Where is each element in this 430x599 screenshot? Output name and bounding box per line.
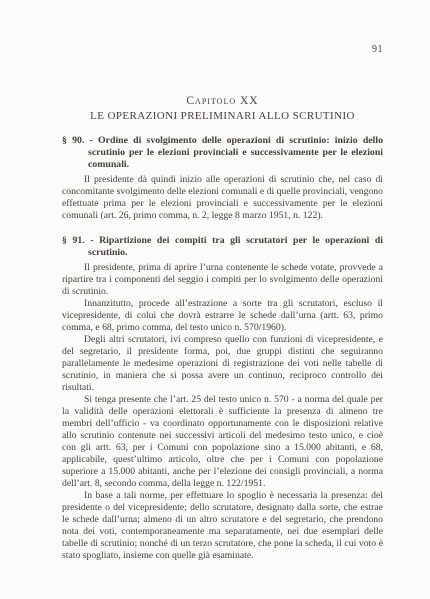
paragraph: Il presidente dà quindi inizio alle oper… [62, 174, 383, 222]
paragraph: In base a tali norme, per effettuare lo … [62, 490, 383, 562]
section-90: § 90. - Ordine di svolgimento delle oper… [62, 135, 383, 222]
page-number: 91 [62, 44, 383, 55]
section-91-heading: § 91. - Ripartizione dei compiti tra gli… [62, 235, 383, 259]
chapter-title: LE OPERAZIONI PRELIMINARI ALLO SCRUTINIO [62, 110, 383, 122]
paragraph: Degli altri scrutatori, ivi compreso que… [62, 334, 383, 394]
text-column: 91 Capitolo XX LE OPERAZIONI PRELIMINARI… [62, 0, 383, 562]
paragraph: Il presidente, prima di aprire l’urna co… [62, 262, 383, 298]
section-90-heading: § 90. - Ordine di svolgimento delle oper… [62, 135, 383, 171]
paragraph: Innanzitutto, procede all’estrazione a s… [62, 298, 383, 334]
book-page: 91 Capitolo XX LE OPERAZIONI PRELIMINARI… [0, 0, 430, 599]
paragraph: Si tenga presente che l’art. 25 del test… [62, 394, 383, 490]
chapter-kicker: Capitolo XX [62, 95, 383, 107]
section-91: § 91. - Ripartizione dei compiti tra gli… [62, 235, 383, 562]
